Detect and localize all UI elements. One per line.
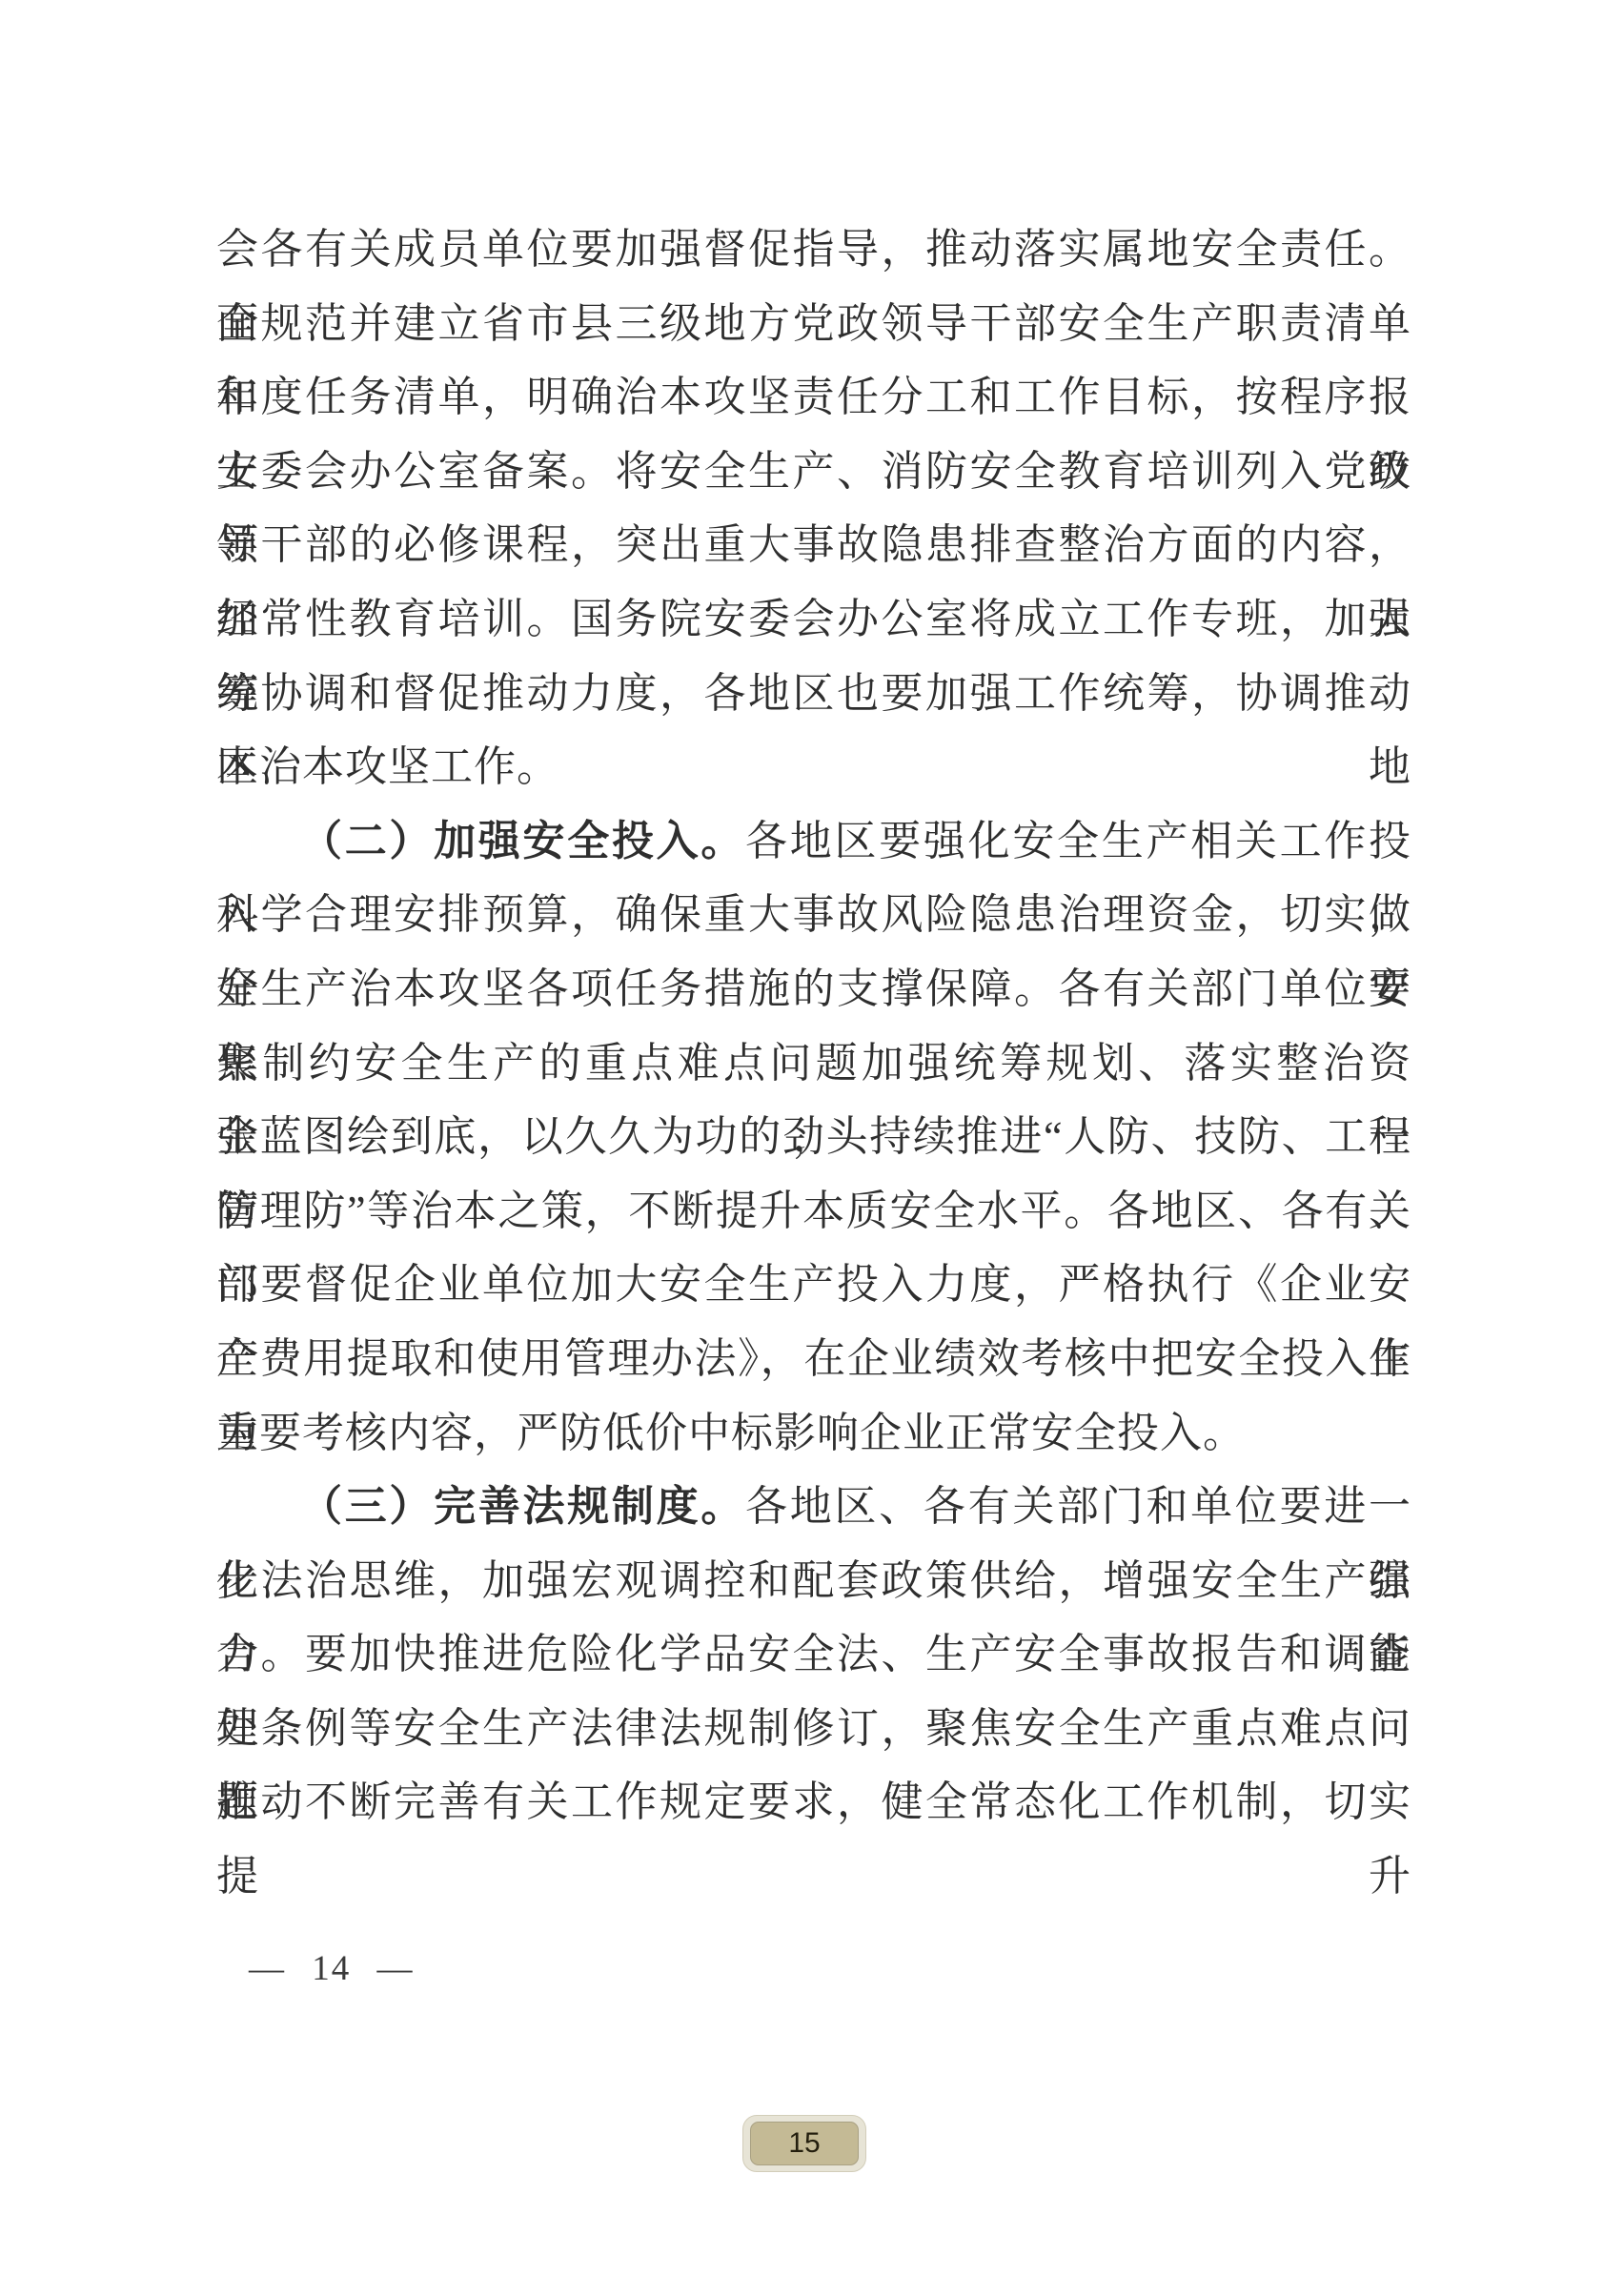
text-line: （二）加强安全投入。各地区要强化安全生产相关工作投入，: [216, 804, 1411, 879]
text-line: 推动不断完善有关工作规定要求，健全常态化工作机制，切实提升: [216, 1765, 1411, 1839]
text-line: 力。要加快推进危险化学品安全法、生产安全事故报告和调查处: [216, 1617, 1411, 1692]
text-line: 理条例等安全生产法律法规制修订，聚焦安全生产重点难点问题: [216, 1692, 1411, 1766]
text-line: 筹协调和督促推动力度，各地区也要加强工作统筹，协调推动本地: [216, 657, 1411, 731]
document-page: 会各有关成员单位要加强督促指导，推动落实属地安全责任。全面规范并建立省市县三级地…: [0, 0, 1624, 2296]
section-heading: （二）加强安全投入。: [300, 817, 745, 865]
text-line: 产费用提取和使用管理办法》，在企业绩效考核中把安全投入作为: [216, 1322, 1411, 1396]
text-line: 导干部的必修课程，突出重大事故隐患排查整治方面的内容，加强: [216, 508, 1411, 582]
text-line: 会各有关成员单位要加强督促指导，推动落实属地安全责任。全: [216, 213, 1411, 287]
text-line: 科学合理安排预算，确保重大事故风险隐患治理资金，切实做好安: [216, 878, 1411, 952]
body-text: 会各有关成员单位要加强督促指导，推动落实属地安全责任。全面规范并建立省市县三级地…: [216, 213, 1411, 1839]
text-line: 安委会办公室备案。将安全生产、消防安全教育培训列入党政领: [216, 435, 1411, 509]
text-line: 面规范并建立省市县三级地方党政领导干部安全生产职责清单和: [216, 287, 1411, 361]
text-line: 全生产治本攻坚各项任务措施的支撑保障。各有关部门单位要聚: [216, 952, 1411, 1026]
section-heading: （三）完善法规制度。: [300, 1482, 745, 1531]
page-indicator-badge: 15: [742, 2115, 866, 2172]
text-line: 年度任务清单，明确治本攻坚责任分工和工作目标，按程序报上级: [216, 360, 1411, 435]
text-line: 管理防”等治本之策，不断提升本质安全水平。各地区、各有关部: [216, 1174, 1411, 1249]
text-line: 焦制约安全生产的重点难点问题加强统筹规划、落实整治资金，一: [216, 1026, 1411, 1101]
page-indicator-label: 15: [750, 2122, 859, 2165]
text-line: 门要督促企业单位加大安全生产投入力度，严格执行《企业安全生: [216, 1248, 1411, 1322]
page-number-footer: — 14 —: [249, 1948, 415, 1989]
text-line: （三）完善法规制度。各地区、各有关部门和单位要进一步强: [216, 1470, 1411, 1544]
text-line: 经常性教育培训。国务院安委会办公室将成立工作专班，加大统: [216, 582, 1411, 657]
text-line: 化法治思维，加强宏观调控和配套政策供给，增强安全生产综合能: [216, 1544, 1411, 1618]
text-line: 重要考核内容，严防低价中标影响企业正常安全投入。: [216, 1396, 1411, 1471]
text-line: 张蓝图绘到底，以久久为功的劲头持续推进“人防、技防、工程防、: [216, 1100, 1411, 1174]
